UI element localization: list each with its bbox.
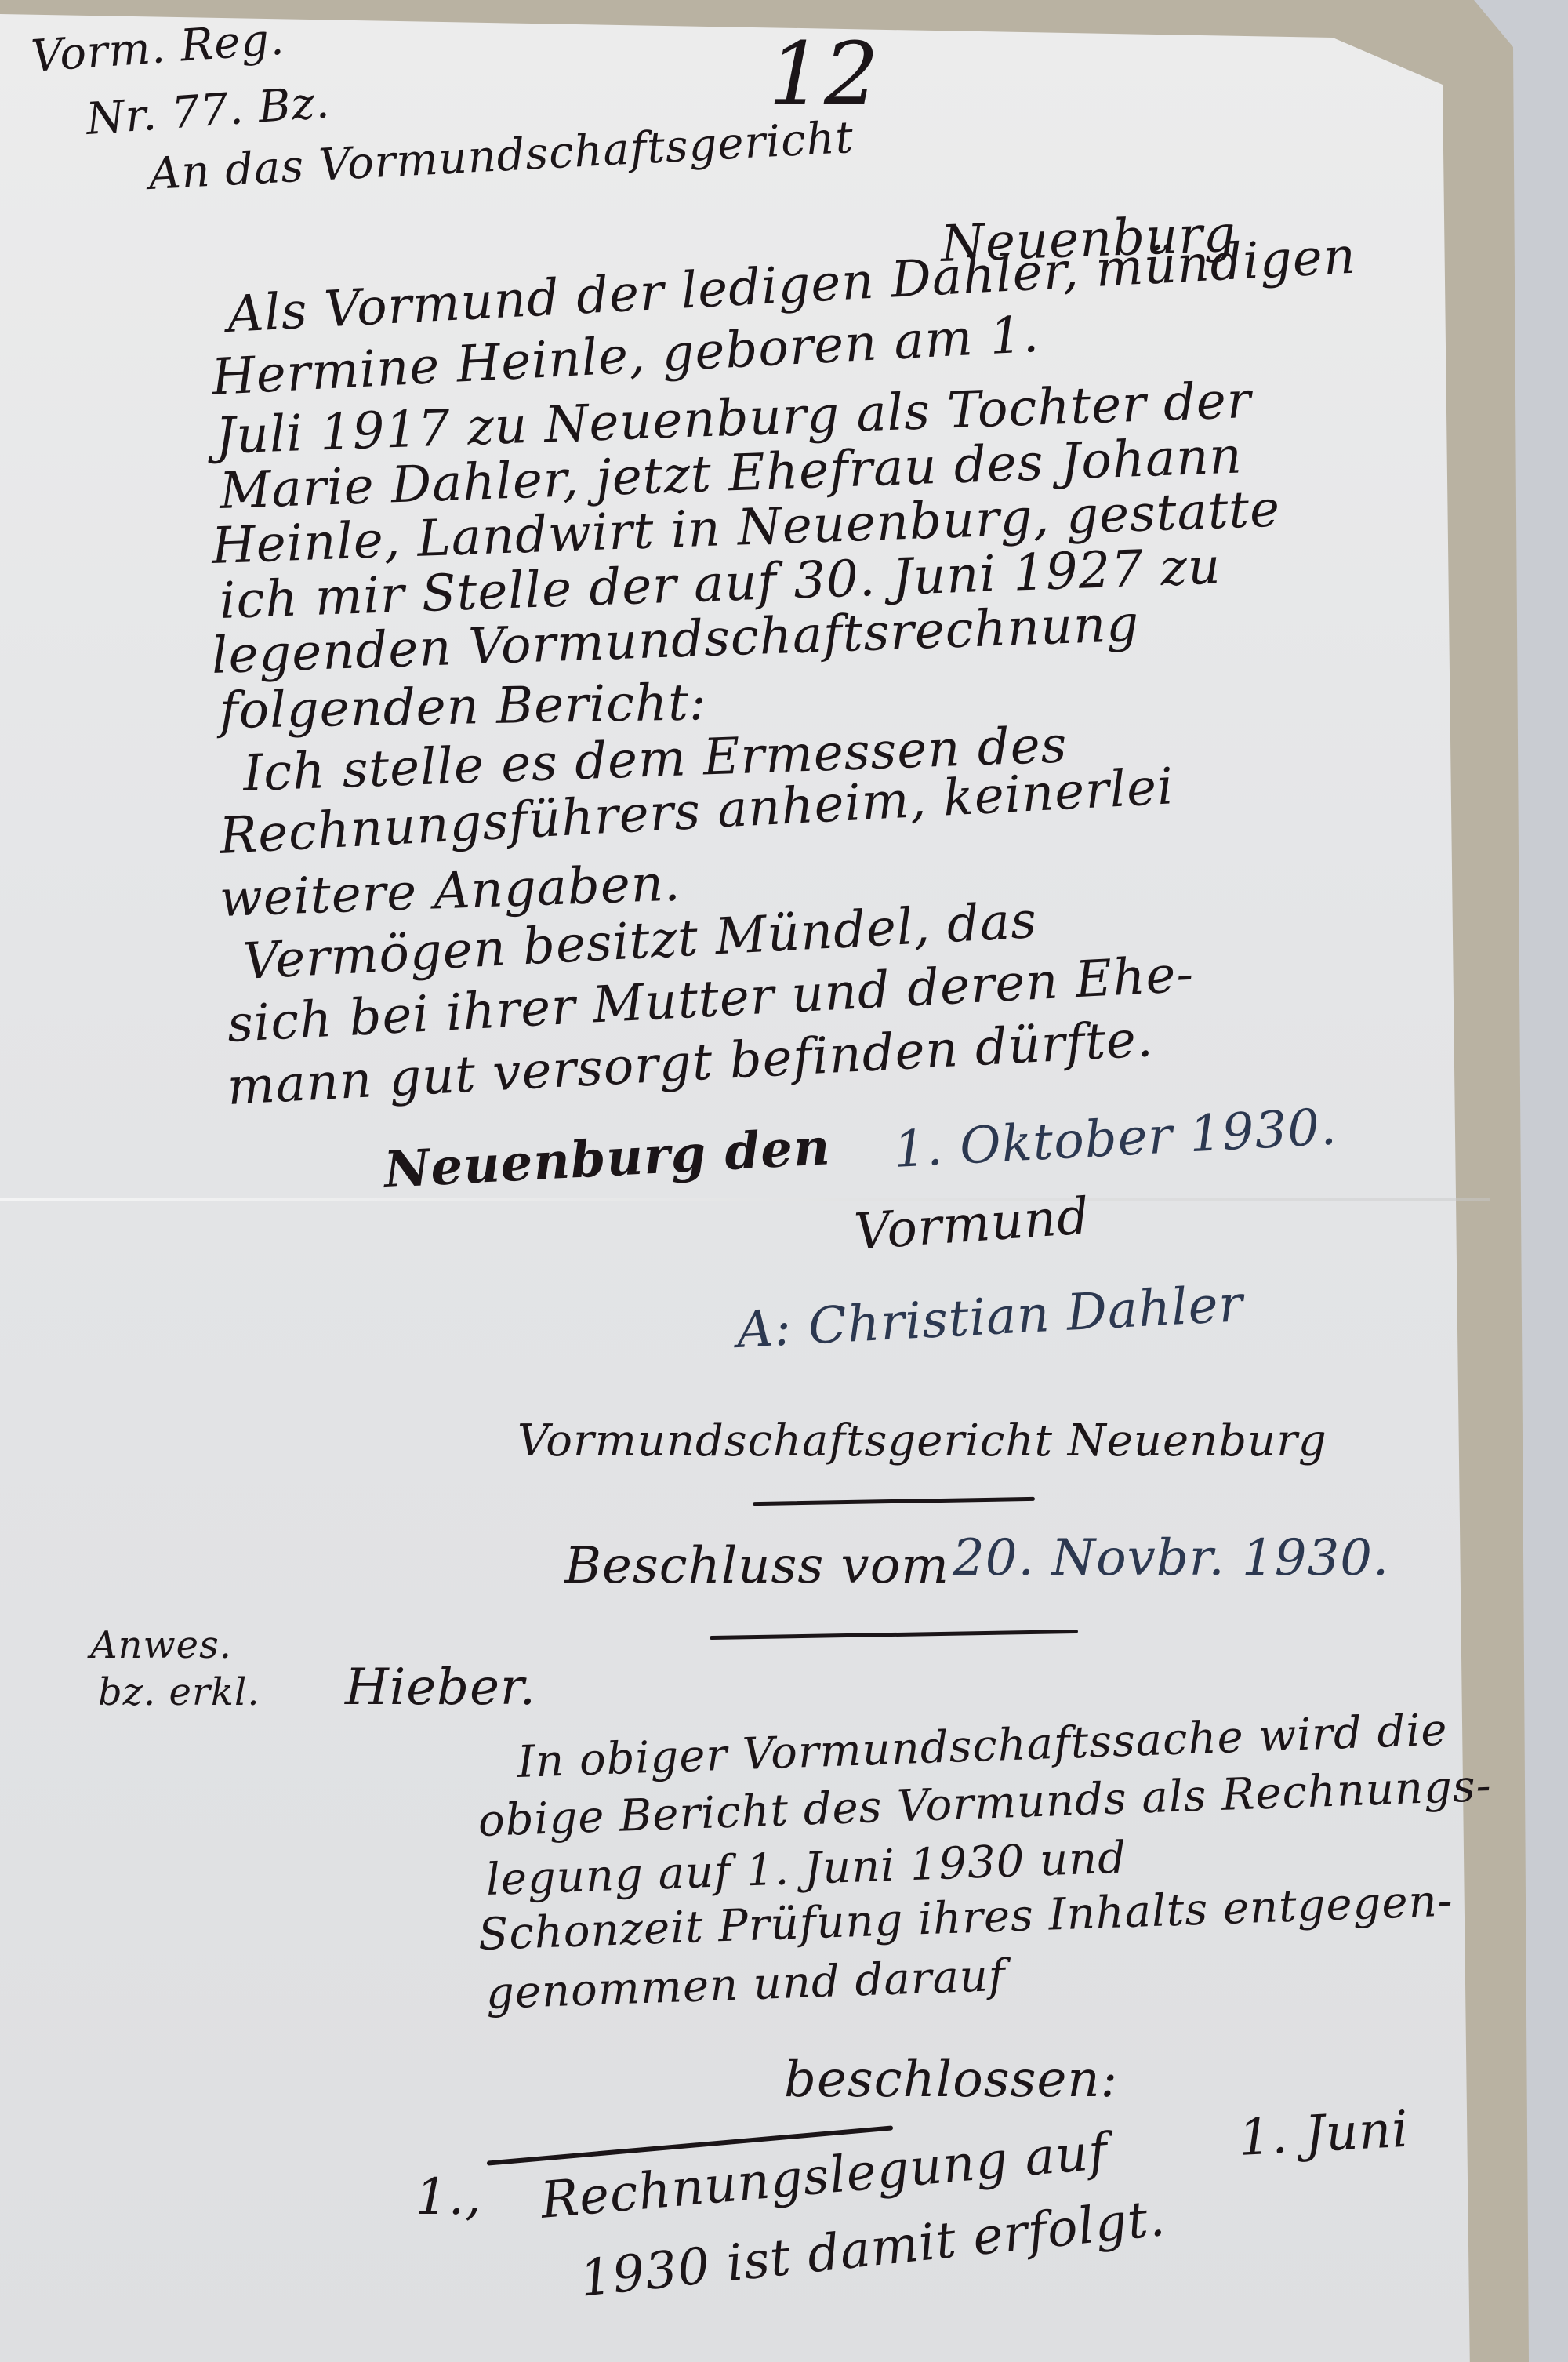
decision-heading-label: Beschluss vom xyxy=(564,1537,949,1595)
resolution-1-line1-right: 1. Juni xyxy=(1237,2101,1410,2168)
body-line-8: folgenden Bericht: xyxy=(219,674,707,740)
judge-name: Hieber. xyxy=(345,1659,536,1717)
page-number: 12 xyxy=(768,24,880,124)
paper-fold xyxy=(0,1198,1490,1201)
side-note-line1: Anwes. xyxy=(90,1623,232,1667)
resolution-1-number: 1., xyxy=(416,2168,481,2226)
court-heading: Vormundschaftsgericht Neuenburg xyxy=(517,1415,1327,1466)
side-note-line2: bz. erkl. xyxy=(98,1670,260,1714)
resolved-label: beschlossen: xyxy=(784,2051,1118,2109)
decision-heading-date: 20. Novbr. 1930. xyxy=(953,1529,1389,1587)
